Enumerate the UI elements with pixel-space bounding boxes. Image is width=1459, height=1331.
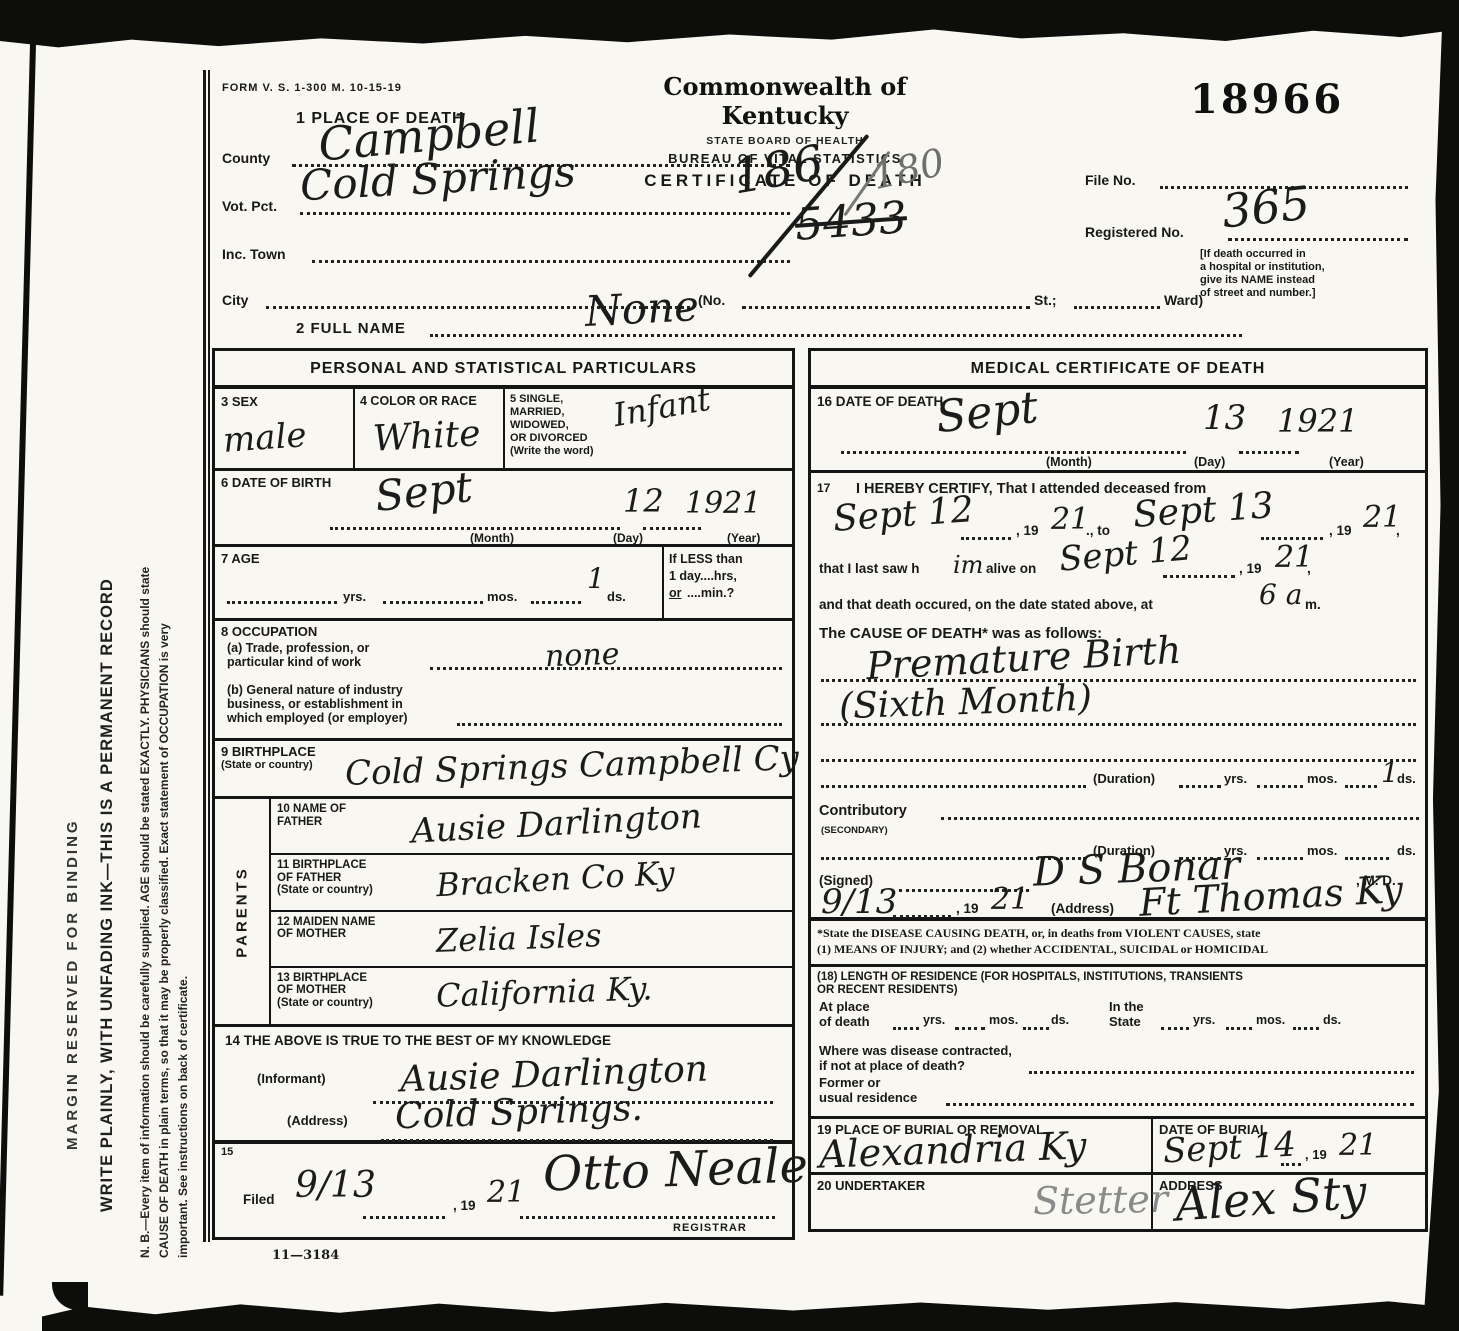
age-less-or: or xyxy=(669,586,682,600)
signed-printed19: , 19 xyxy=(956,901,979,916)
certify-line2-mid: alive on xyxy=(986,561,1036,576)
res-yrs1: yrs. xyxy=(923,1013,945,1027)
burial-date-dots xyxy=(1281,1163,1301,1166)
duration2-dots3 xyxy=(1257,857,1303,860)
father-name-value: Ausie Darlington xyxy=(410,799,702,848)
age-yrs-line xyxy=(227,601,337,604)
filed-printed-19: , 19 xyxy=(453,1198,476,1213)
res-former-dots xyxy=(946,1103,1414,1106)
duration1-ds: ds. xyxy=(1397,771,1416,786)
full-name-value: None xyxy=(584,285,700,333)
burial-date-value: Sept 14 xyxy=(1162,1128,1297,1169)
death-date-line xyxy=(841,451,1186,454)
death-certificate-scan: MARGIN RESERVED FOR BINDING WRITE PLAINL… xyxy=(0,0,1459,1331)
contributory-label: Contributory xyxy=(819,803,907,819)
res-contracted-dots xyxy=(1029,1071,1414,1074)
cause-line2 xyxy=(821,723,1416,726)
informant-name-label: (Informant) xyxy=(257,1071,326,1086)
dob-line xyxy=(330,527,620,530)
medical-section-title: MEDICAL CERTIFICATE OF DEATH xyxy=(811,351,1425,389)
parents-vertical-label: PARENTS xyxy=(234,866,251,958)
registered-no-line xyxy=(1228,238,1408,241)
cause-line1 xyxy=(821,679,1416,682)
undertaker-value: Stetter xyxy=(1033,1180,1169,1220)
footnote-block: *State the DISEASE CAUSING DEATH, or, in… xyxy=(811,921,1425,967)
age-less-cell: If LESS than 1 day....hrs, or ....min.? xyxy=(662,547,792,618)
occupation-value-a: none xyxy=(544,640,619,673)
undertaker-address-cell: ADDRESS Alex Sty xyxy=(1153,1175,1425,1229)
dob-day-value: 12 xyxy=(623,485,664,517)
form-number: FORM V. S. 1-300 M. 10-15-19 xyxy=(222,82,402,94)
dob-year-label: (Year) xyxy=(727,531,760,545)
duration1-dots2 xyxy=(1179,785,1221,788)
contributory-dots xyxy=(941,817,1419,820)
death-month-label: (Month) xyxy=(1046,455,1092,469)
undertaker-label: 20 UNDERTAKER xyxy=(817,1178,925,1193)
age-label: 7 AGE xyxy=(221,551,260,566)
sex-race-marital-row: 3 SEX male 4 COLOR OR RACE White 5 SINGL… xyxy=(215,389,792,471)
certify-from-year: 21 xyxy=(1051,505,1089,535)
mother-maiden-label: 12 MAIDEN NAME OF MOTHER xyxy=(277,916,375,941)
form-left-rule-lower xyxy=(203,350,210,1242)
death-date-line2 xyxy=(1239,451,1299,454)
mother-birthplace-value: California Ky. xyxy=(436,972,653,1012)
certify-printed19-b: , 19 xyxy=(1329,523,1352,538)
signed-address-label: (Address) xyxy=(1051,901,1114,916)
certify-number: 17 xyxy=(817,481,830,495)
residence-block: (18) LENGTH OF RESIDENCE (FOR HOSPITALS,… xyxy=(811,967,1425,1119)
city-st-line xyxy=(1074,306,1160,309)
certify-to-date: Sept 13 xyxy=(1132,488,1275,534)
res-dots6 xyxy=(1293,1027,1319,1030)
residence-title: (18) LENGTH OF RESIDENCE (FOR HOSPITALS,… xyxy=(817,971,1243,997)
registrar-signature: Otto Neale xyxy=(542,1141,808,1198)
undertaker-cell: 20 UNDERTAKER Stetter xyxy=(811,1175,1153,1229)
plate-number: 11—3184 xyxy=(272,1248,339,1263)
dob-label: 6 DATE OF BIRTH xyxy=(221,475,331,490)
age-row: 7 AGE yrs. mos. 1 ds. If LESS than 1 day… xyxy=(215,547,792,621)
burial-place-value: Alexandria Ky xyxy=(818,1126,1087,1173)
city-no-label: (No. xyxy=(698,292,725,308)
inc-town-label: Inc. Town xyxy=(222,246,286,262)
cause-line3 xyxy=(821,759,1416,762)
commonwealth-title: Commonwealth of Kentucky xyxy=(620,72,950,130)
duration2-ds: ds. xyxy=(1397,843,1416,858)
certify-from-dots xyxy=(961,537,1011,540)
residence-former: Former or usual residence xyxy=(819,1075,917,1105)
city-label: City xyxy=(222,292,248,308)
margin-write-plainly-note: WRITE PLAINLY, WITH UNFADING INK—THIS IS… xyxy=(98,322,117,1212)
res-dots5 xyxy=(1226,1027,1252,1030)
death-month-value: Sept xyxy=(934,386,1040,440)
res-dots4 xyxy=(1161,1027,1189,1030)
certify-printed19-a: , 19 xyxy=(1016,523,1039,538)
burial-place-cell: 19 PLACE OF BURIAL OR REMOVAL Alexandria… xyxy=(811,1119,1153,1172)
certify-line3-m: m. xyxy=(1305,597,1321,612)
dob-day-label: (Day) xyxy=(613,531,643,545)
certify-line3-pre: and that death occured, on the date stat… xyxy=(819,597,1153,612)
duration2-mos: mos. xyxy=(1307,843,1337,858)
personal-particulars-table: PERSONAL AND STATISTICAL PARTICULARS 3 S… xyxy=(212,348,795,1240)
signed-date-dots xyxy=(893,915,951,918)
birthplace-label: 9 BIRTHPLACE xyxy=(221,744,316,759)
age-ds-label: ds. xyxy=(607,589,626,604)
res-mos1: mos. xyxy=(989,1013,1018,1027)
filed-label: Filed xyxy=(243,1192,275,1207)
margin-nb-note: N. B.—Every item of information should b… xyxy=(136,98,193,1258)
age-yrs-label: yrs. xyxy=(343,589,366,604)
sex-value: male xyxy=(222,418,308,458)
occupation-line-b-dots xyxy=(457,723,782,726)
registered-no-label: Registered No. xyxy=(1085,224,1184,240)
father-name-label: 10 NAME OF FATHER xyxy=(277,803,346,828)
duration2-dots4 xyxy=(1345,857,1389,860)
cause-footnote: *State the DISEASE CAUSING DEATH, or, in… xyxy=(817,925,1268,957)
sex-cell: 3 SEX male xyxy=(215,389,355,468)
certify-printed19-c: , 19 xyxy=(1239,561,1262,576)
full-name-label: 2 FULL NAME xyxy=(296,320,406,337)
undertaker-address-value: Alex Sty xyxy=(1174,1168,1368,1227)
occupation-line-a: (a) Trade, profession, or particular kin… xyxy=(227,641,369,669)
color-race-label: 4 COLOR OR RACE xyxy=(360,394,477,408)
certify-last-date: Sept 12 xyxy=(1058,531,1193,576)
certify-block: 17 I HEREBY CERTIFY, That I attended dec… xyxy=(811,473,1425,921)
duration1-dots3 xyxy=(1257,785,1303,788)
birthplace-value: Cold Springs Campbell Cy xyxy=(345,741,800,791)
form-left-rule xyxy=(203,70,210,350)
filed-date-value: 9/13 xyxy=(295,1168,376,1204)
mother-birthplace-row: 13 BIRTHPLACE OF MOTHER (State or countr… xyxy=(271,968,792,1024)
vot-pct-value: Cold Springs xyxy=(299,151,577,207)
torn-edge-top xyxy=(0,0,1459,64)
filed-row: 15 Filed 9/13 , 19 21 Otto Neale REGISTR… xyxy=(215,1144,792,1237)
father-birthplace-label: 11 BIRTHPLACE OF FATHER (State or countr… xyxy=(277,859,373,897)
age-less-rest: ....min.? xyxy=(687,586,734,600)
parents-block: PARENTS 10 NAME OF FATHER Ausie Darlingt… xyxy=(215,799,792,1027)
county-label: County xyxy=(222,150,270,166)
certify-him: im xyxy=(953,553,983,577)
informant-address-label: (Address) xyxy=(287,1113,348,1128)
burial-date-year: 21 xyxy=(1339,1131,1377,1161)
dob-month-label: (Month) xyxy=(470,531,514,545)
color-race-cell: 4 COLOR OR RACE White xyxy=(355,389,505,468)
duration1-yrs: yrs. xyxy=(1224,771,1247,786)
res-mos2: mos. xyxy=(1256,1013,1285,1027)
signed-address-value: Ft Thomas Ky xyxy=(1138,870,1404,922)
hospital-instruction-note: [If death occurred in a hospital or inst… xyxy=(1200,248,1325,300)
residence-at-place: At place of death xyxy=(819,999,870,1029)
parents-rows: 10 NAME OF FATHER Ausie Darlington 11 BI… xyxy=(271,799,792,1024)
residence-in-state: In the State xyxy=(1109,999,1144,1029)
mother-maiden-row: 12 MAIDEN NAME OF MOTHER Zelia Isles xyxy=(271,912,792,968)
death-date-label: 16 DATE OF DEATH xyxy=(817,394,943,409)
residence-contracted: Where was disease contracted, if not at … xyxy=(819,1043,1012,1073)
inc-town-line xyxy=(312,260,790,263)
age-less-line1: If LESS than xyxy=(669,552,743,566)
death-year-value: 1921 xyxy=(1277,405,1358,437)
full-name-line xyxy=(430,334,1242,337)
father-birthplace-row: 11 BIRTHPLACE OF FATHER (State or countr… xyxy=(271,855,792,911)
city-st-label: St.; xyxy=(1034,292,1057,308)
date-of-death-row: 16 DATE OF DEATH Sept (Month) 13 (Day) 1… xyxy=(811,389,1425,473)
death-year-label: (Year) xyxy=(1329,455,1364,469)
birthplace-row: 9 BIRTHPLACE (State or country) Cold Spr… xyxy=(215,741,792,799)
duration1-label: (Duration) xyxy=(1093,771,1155,786)
file-no-label: File No. xyxy=(1085,172,1136,188)
age-days-value: 1 xyxy=(587,565,605,593)
duration1-dots4 xyxy=(1345,785,1377,788)
color-race-value: White xyxy=(372,416,481,458)
registered-no-value: 365 xyxy=(1220,180,1312,235)
res-dots3 xyxy=(1023,1027,1049,1030)
res-ds2: ds. xyxy=(1323,1013,1341,1027)
medical-certificate-table: MEDICAL CERTIFICATE OF DEATH 16 DATE OF … xyxy=(808,348,1428,1232)
scrawl-numerator: 186 xyxy=(729,138,828,201)
certify-from-date: Sept 12 xyxy=(832,492,975,538)
dob-month-value: Sept xyxy=(373,466,474,518)
certify-last-dots xyxy=(1163,575,1235,578)
res-dots2 xyxy=(955,1027,985,1030)
date-of-birth-row: 6 DATE OF BIRTH Sept (Month) 12 (Day) 19… xyxy=(215,471,792,547)
res-ds1: ds. xyxy=(1051,1013,1069,1027)
parents-vertical-cell: PARENTS xyxy=(215,799,271,1024)
birthplace-sub-label: (State or country) xyxy=(221,759,313,771)
informant-address-value: Cold Springs. xyxy=(394,1091,643,1136)
occupation-label: 8 OCCUPATION xyxy=(221,624,317,639)
signed-date-value: 9/13 xyxy=(821,885,897,919)
filed-year-value: 21 xyxy=(487,1178,525,1208)
certify-line2-pre: that I last saw h xyxy=(819,561,920,576)
filed-date-line xyxy=(363,1216,445,1219)
certificate-number-stamp: 18966 xyxy=(1190,76,1344,123)
dob-line2 xyxy=(643,527,701,530)
marital-cell: 5 SINGLE, MARRIED, WIDOWED, OR DIVORCED … xyxy=(505,389,792,468)
informant-title: 14 THE ABOVE IS TRUE TO THE BEST OF MY K… xyxy=(225,1033,611,1048)
age-mos-line xyxy=(383,601,483,604)
burial-printed19: , 19 xyxy=(1305,1147,1327,1162)
res-dots1 xyxy=(893,1027,919,1030)
age-main-cell: 7 AGE yrs. mos. 1 ds. xyxy=(215,547,662,618)
sex-label: 3 SEX xyxy=(221,394,258,409)
signed-year-value: 21 xyxy=(991,885,1029,915)
duration1-mos: mos. xyxy=(1307,771,1337,786)
burial-date-cell: DATE OF BURIAL Sept 14 , 19 21 xyxy=(1153,1119,1425,1172)
cause-value2: (Sixth Month) xyxy=(838,681,1092,726)
margin-binding-note: MARGIN RESERVED FOR BINDING xyxy=(64,150,81,1150)
occupation-line-b: (b) General nature of industry business,… xyxy=(227,683,408,725)
certify-comma: , xyxy=(1396,523,1400,538)
marital-value: Infant xyxy=(611,383,713,431)
city-ward-label: Ward) xyxy=(1164,292,1203,308)
father-birthplace-value: Bracken Co Ky xyxy=(435,857,675,901)
occupation-row: 8 OCCUPATION (a) Trade, profession, or p… xyxy=(215,621,792,741)
dob-year-value: 1921 xyxy=(685,489,761,519)
certify-comma2: , xyxy=(1307,561,1311,576)
age-mos-label: mos. xyxy=(487,589,517,604)
filed-number: 15 xyxy=(221,1146,233,1158)
marital-label: 5 SINGLE, MARRIED, WIDOWED, OR DIVORCED … xyxy=(510,393,594,458)
vot-pct-label: Vot. Pct. xyxy=(222,198,277,214)
death-day-label: (Day) xyxy=(1194,455,1225,469)
res-yrs2: yrs. xyxy=(1193,1013,1215,1027)
age-less-line2: 1 day....hrs, xyxy=(669,569,737,583)
informant-row: 14 THE ABOVE IS TRUE TO THE BEST OF MY K… xyxy=(215,1027,792,1144)
torn-edge-bottom xyxy=(42,1293,1459,1331)
duration1-dots1 xyxy=(821,785,1086,788)
scan-edge-left-line xyxy=(0,44,36,1296)
mother-maiden-value: Zelia Isles xyxy=(435,919,602,957)
secondary-label: (SECONDARY) xyxy=(821,825,888,836)
mother-birthplace-label: 13 BIRTHPLACE OF MOTHER (State or countr… xyxy=(277,972,373,1010)
certify-hour: 6 a xyxy=(1259,581,1302,609)
vot-pct-line xyxy=(300,212,790,215)
city-no-line xyxy=(742,306,1030,309)
father-name-row: 10 NAME OF FATHER Ausie Darlington xyxy=(271,799,792,855)
registrar-label: REGISTRAR xyxy=(673,1222,747,1234)
age-ds-line xyxy=(531,601,581,604)
undertaker-row: 20 UNDERTAKER Stetter ADDRESS Alex Sty xyxy=(811,1175,1425,1229)
death-day-value: 13 xyxy=(1203,401,1246,435)
scan-edge-left-corner xyxy=(52,1282,88,1310)
filed-registrar-line xyxy=(520,1216,775,1219)
